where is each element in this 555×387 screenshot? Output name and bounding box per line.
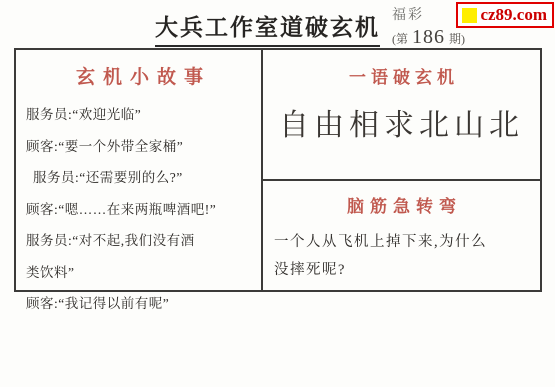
story-section: 玄机小故事 服务员:“欢迎光临” 顾客:“要一个外带全家桶” 服务员:“还需要别… <box>16 50 263 290</box>
content-box: 玄机小故事 服务员:“欢迎光临” 顾客:“要一个外带全家桶” 服务员:“还需要别… <box>14 48 542 292</box>
logo-text: cz89.com <box>480 5 547 25</box>
dialogue-line: 类饮料” <box>26 261 253 281</box>
lottery-tip-page: { "header": { "title": "大兵工作室道破玄机", "lot… <box>0 0 555 387</box>
issue-prefix: (第 <box>392 32 408 46</box>
cz89-logo[interactable]: cz89.com <box>456 2 554 28</box>
issue-number: 186 <box>408 26 449 48</box>
brain-teaser-section: 脑筋急转弯 一个人从飞机上掉下来,为什么 没摔死呢? <box>263 181 540 290</box>
teaser-line: 没摔死呢? <box>274 258 540 279</box>
dialogue-line: 顾客:“嗯……在来两瓶啤酒吧!” <box>26 198 253 218</box>
page-title: 大兵工作室道破玄机 <box>155 9 380 47</box>
dialogue-line: 服务员:“欢迎光临” <box>26 103 253 123</box>
riddle-section: 一语破玄机 自由相求北山北 <box>263 50 540 181</box>
lottery-type-label: 福彩 <box>392 4 465 24</box>
brain-teaser-question: 一个人从飞机上掉下来,为什么 没摔死呢? <box>263 230 540 279</box>
story-dialogue: 服务员:“欢迎光临” 顾客:“要一个外带全家桶” 服务员:“还需要别的么?” 顾… <box>26 103 253 312</box>
dialogue-line: 服务员:“还需要别的么?” <box>26 166 253 186</box>
story-section-title: 玄机小故事 <box>26 62 253 89</box>
riddle-section-title: 一语破玄机 <box>263 63 540 88</box>
brain-teaser-title: 脑筋急转弯 <box>263 192 540 217</box>
riddle-text: 自由相求北山北 <box>263 100 540 144</box>
dialogue-line: 服务员:“对不起,我们没有酒 <box>26 229 253 249</box>
issue-suffix: 期) <box>449 32 465 46</box>
issue-info: 福彩 (第186期) <box>392 4 465 49</box>
issue-number-line: (第186期) <box>392 26 465 49</box>
dialogue-line: 顾客:“我记得以前有呢” <box>26 292 253 312</box>
right-column: 一语破玄机 自由相求北山北 脑筋急转弯 一个人从飞机上掉下来,为什么 没摔死呢? <box>263 50 540 290</box>
logo-yellow-square-icon <box>462 8 477 23</box>
teaser-line: 一个人从飞机上掉下来,为什么 <box>274 230 540 251</box>
dialogue-line: 顾客:“要一个外带全家桶” <box>26 135 253 155</box>
